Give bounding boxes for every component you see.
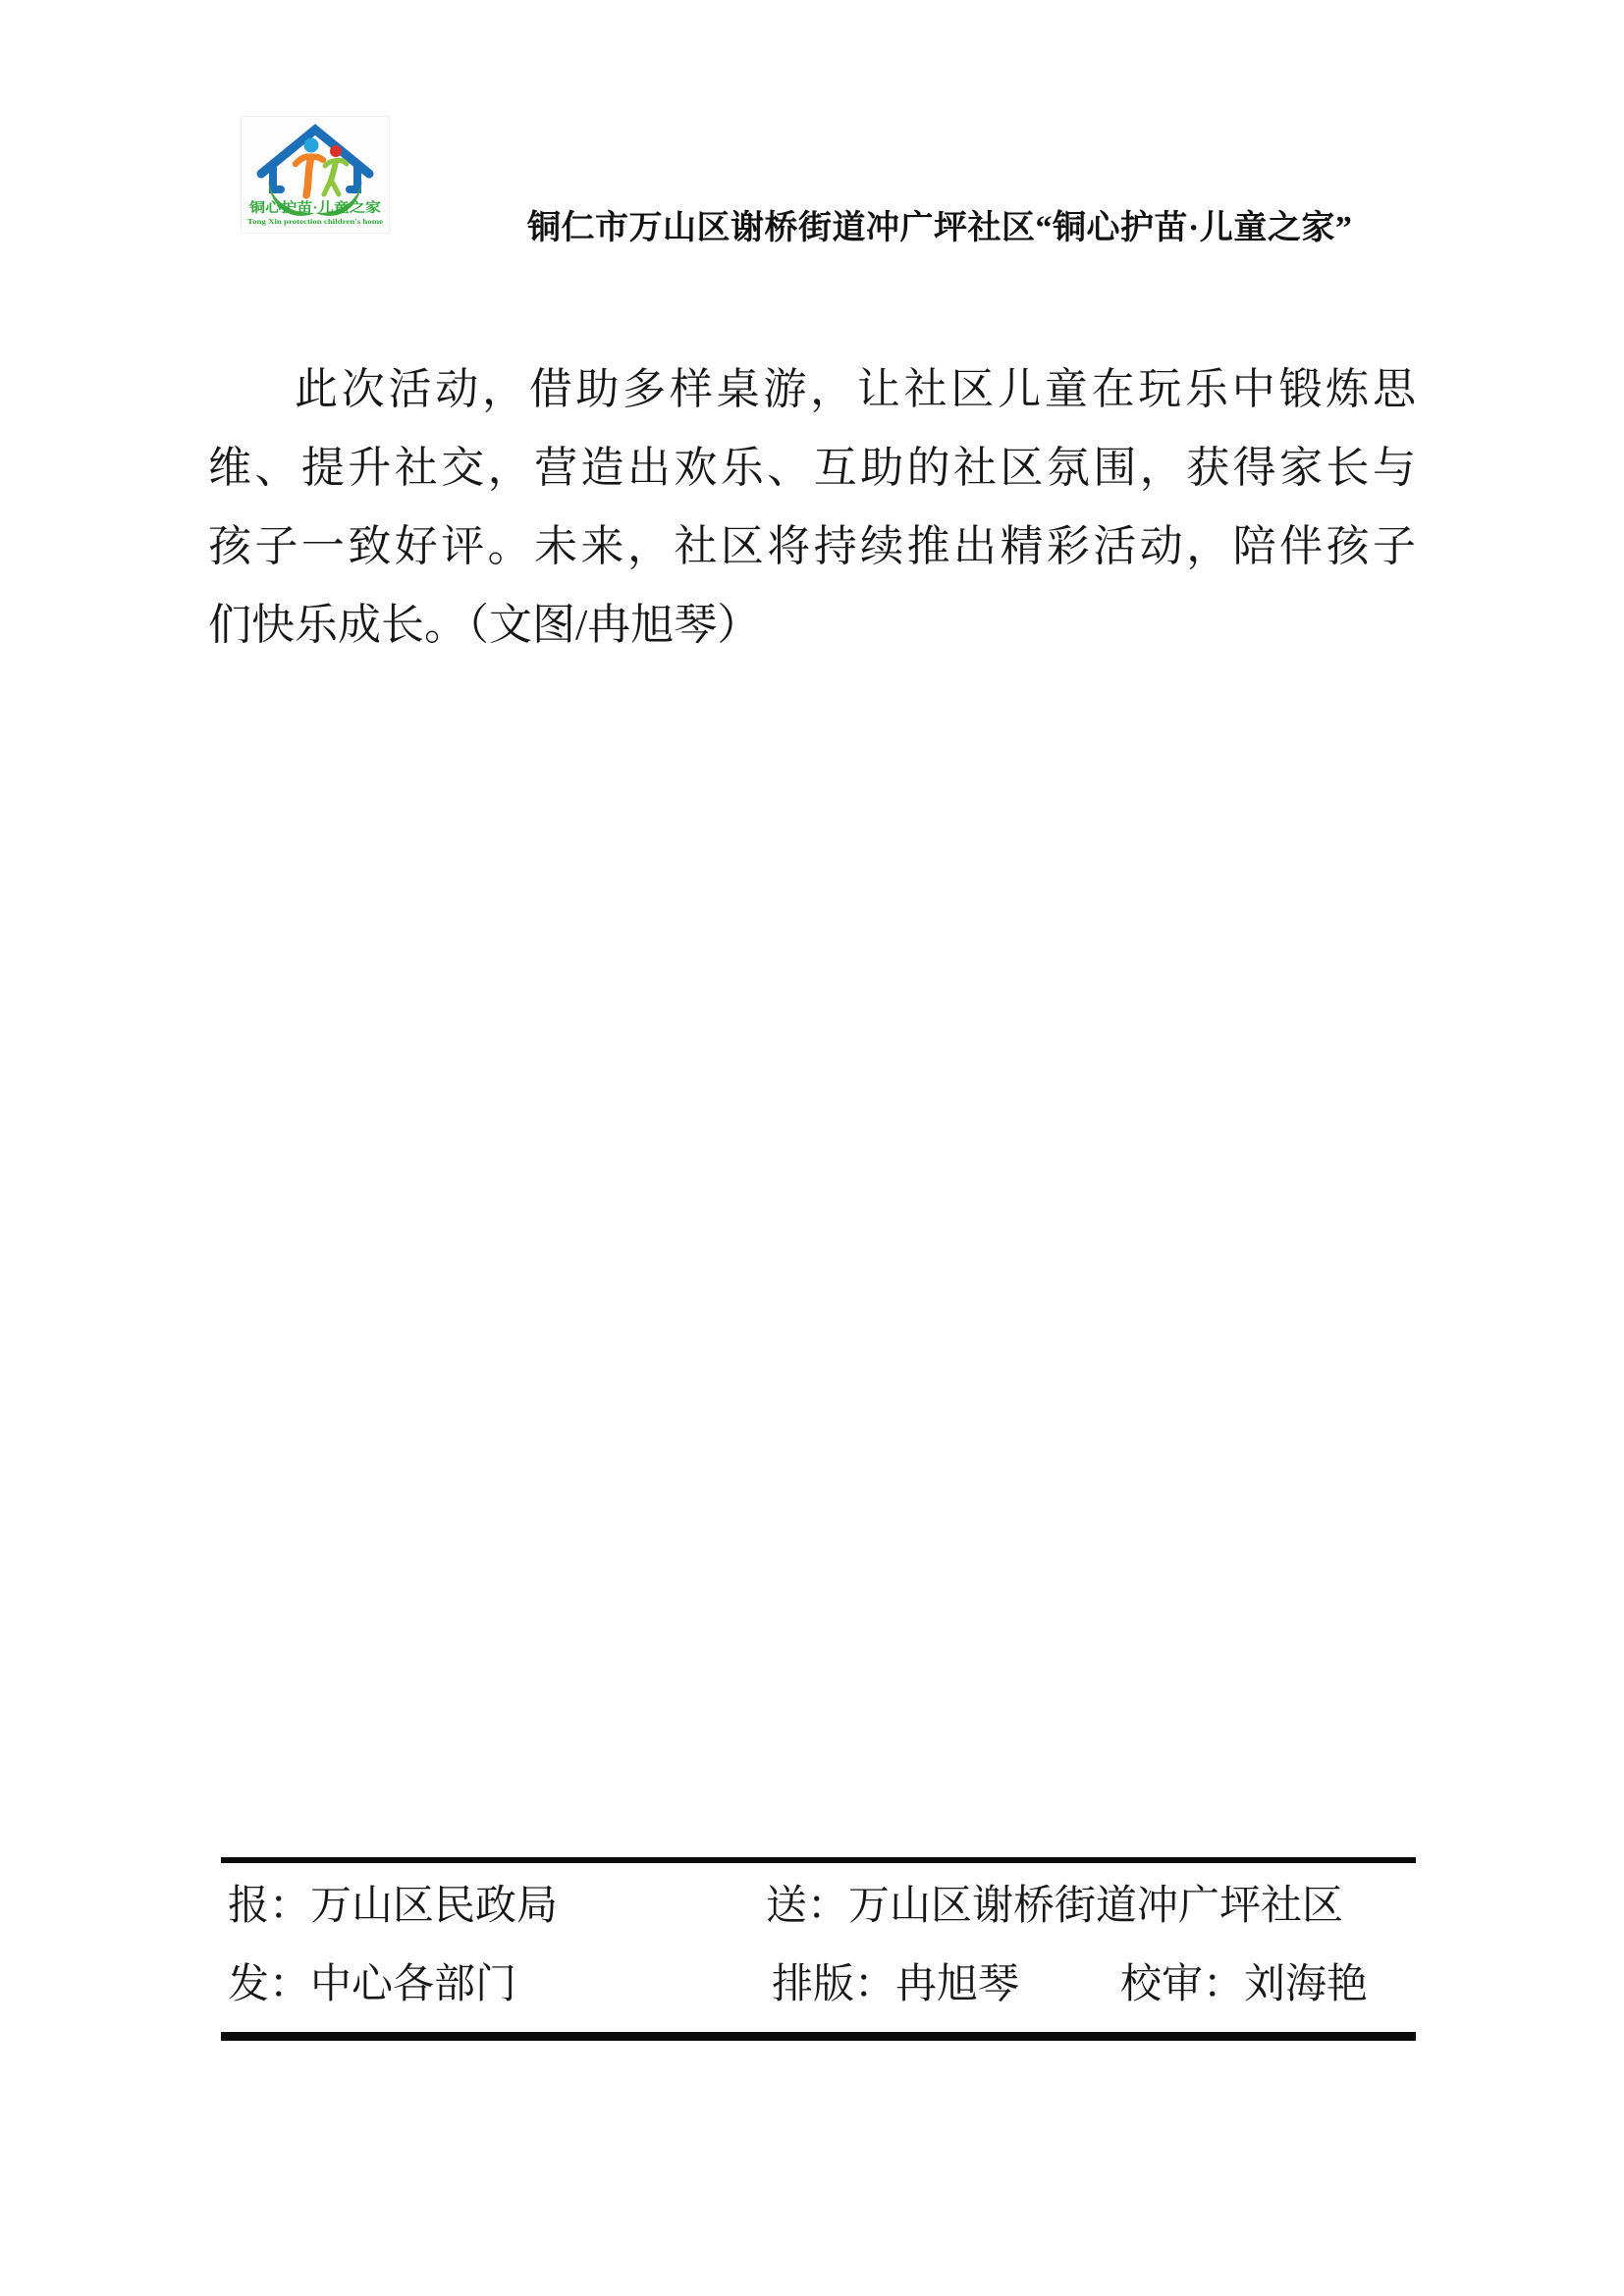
body-line-4: 们快乐成长。（文图/冉旭琴） (208, 586, 1416, 665)
body-line-1: 此次活动，借助多样桌游，让社区儿童在玩乐中锻炼思 (208, 350, 1416, 429)
document-page: 铜心护苗·儿童之家 Tong Xin protection children's… (0, 0, 1624, 2296)
body-line-2: 维、提升社交，营造出欢乐、互助的社区氛围，获得家长与 (208, 429, 1416, 507)
children-home-logo-icon: 铜心护苗·儿童之家 Tong Xin protection children's… (242, 117, 389, 233)
org-logo: 铜心护苗·儿童之家 Tong Xin protection children's… (241, 116, 390, 234)
children-figures-icon (296, 138, 347, 196)
footer-typesetter: 排版：冉旭琴 (772, 1951, 1019, 2010)
footer-top-rule (221, 1857, 1416, 1863)
footer-issued-to: 发：中心各部门 (228, 1951, 516, 2010)
footer-bottom-rule (221, 2032, 1416, 2041)
body-line-3: 孩子一致好评。未来，社区将持续推出精彩活动，陪伴孩子 (208, 507, 1416, 586)
logo-title: 铜心护苗·儿童之家 (248, 199, 382, 215)
logo-subtitle: Tong Xin protection children's home (247, 219, 383, 226)
footer-reviewer: 校审：刘海艳 (1120, 1951, 1368, 2010)
page-title: 铜仁市万山区谢桥街道冲广坪社区“铜心护苗·儿童之家” (527, 200, 1411, 248)
footer-report-to: 报：万山区民政局 (228, 1873, 558, 1932)
body-paragraph: 此次活动，借助多样桌游，让社区儿童在玩乐中锻炼思 维、提升社交，营造出欢乐、互助… (208, 350, 1416, 665)
footer-send-to: 送：万山区谢桥街道冲广坪社区 (766, 1873, 1343, 1932)
